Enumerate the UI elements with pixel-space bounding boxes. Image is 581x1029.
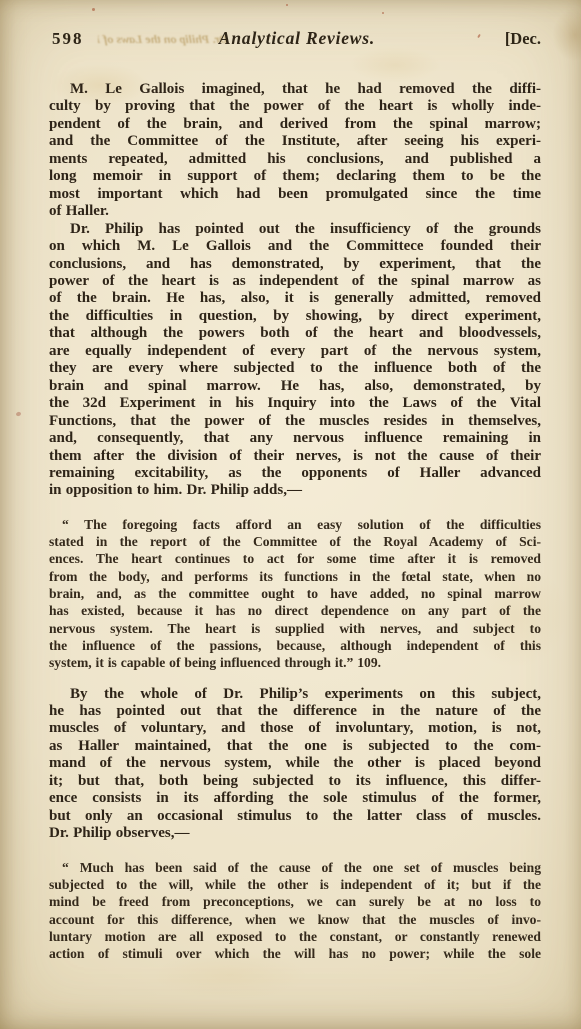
text-line: on which M. Le Gallois and the Committec… xyxy=(49,238,541,255)
text-line: mind be freed from preconceptions, we ca… xyxy=(49,893,541,910)
text-line: of the brain. He has, also, it is genera… xyxy=(49,290,541,307)
text-line: are equally independent of every part of… xyxy=(49,343,541,360)
text-line: conclusions, and has demonstrated, by ex… xyxy=(49,256,541,273)
text-line: them after the division of their nerves,… xyxy=(49,448,541,465)
text-line: most important which had been promulgate… xyxy=(49,186,541,203)
scanned-book-page: Dr. Philip on the Laws of Physiology. 59… xyxy=(0,0,581,1029)
text-line: “ Much has been said of the cause of the… xyxy=(49,859,541,876)
text-line: brain, and, as the committee ought to ha… xyxy=(49,585,541,602)
text-line: the 32d Experiment in his Inquiry into t… xyxy=(49,395,541,412)
ink-speck xyxy=(92,8,95,11)
quoted-extract: “ The foregoing facts afford an easy sol… xyxy=(49,516,541,672)
text-line: account for this difference, when we kno… xyxy=(49,911,541,928)
text-line: system, it is capable of being influence… xyxy=(49,654,541,671)
text-line: and the Committee of the Institute, afte… xyxy=(49,133,541,150)
text-line: has existed, because it has no direct de… xyxy=(49,602,541,619)
text-line: stated in the report of the Committee of… xyxy=(49,533,541,550)
text-line: pendent of the brain, and derived from t… xyxy=(49,116,541,133)
paragraph: By the whole of Dr. Philip’s experiments… xyxy=(49,686,541,843)
text-line: subjected to the will, while the other i… xyxy=(49,876,541,893)
text-line: action of stimuli over which the will ha… xyxy=(49,945,541,962)
text-line: luntary motion are all exposed to the co… xyxy=(49,928,541,945)
text-line: as Haller maintained, that the one is su… xyxy=(49,738,541,755)
text-line: ences. The heart continues to act for so… xyxy=(49,550,541,567)
text-line: from the body, and performs its function… xyxy=(49,568,541,585)
ink-speck xyxy=(286,4,288,6)
text-line: in opposition to him. Dr. Philip adds,— xyxy=(49,482,541,499)
text-line: ments repeated, admitted his conclusions… xyxy=(49,151,541,168)
page-header: 598 Analytical Reviews. [Dec. xyxy=(52,28,542,50)
text-line: nervous system. The heart is supplied wi… xyxy=(49,620,541,637)
text-line: remaining excitability, as the opponents… xyxy=(49,465,541,482)
text-line: that although the powers both of the hea… xyxy=(49,325,541,342)
text-line: he has pointed out that the difference i… xyxy=(49,703,541,720)
text-line: and, consequently, that any nervous infl… xyxy=(49,430,541,447)
text-line: “ The foregoing facts afford an easy sol… xyxy=(49,516,541,533)
text-line: the influence of the passions, because, … xyxy=(49,637,541,654)
page-body-text: M. Le Gallois imagined, that he had remo… xyxy=(49,81,541,962)
quoted-extract: “ Much has been said of the cause of the… xyxy=(49,859,541,963)
text-line: muscles of voluntary, and those of invol… xyxy=(49,720,541,737)
text-line: of Haller. xyxy=(49,203,541,220)
text-line: mand of the nervous system, while the ot… xyxy=(49,755,541,772)
running-title: Analytical Reviews. xyxy=(52,28,542,49)
text-line: it; but that, both being subjected to it… xyxy=(49,773,541,790)
paper-corner-shadow xyxy=(545,0,581,70)
text-line: Dr. Philip observes,— xyxy=(49,825,541,842)
paragraph: M. Le Gallois imagined, that he had remo… xyxy=(49,81,541,221)
text-line: long memoir in support of them; declarin… xyxy=(49,168,541,185)
text-line: culty by proving that the power of the h… xyxy=(49,98,541,115)
paragraph: Dr. Philip has pointed out the insuffici… xyxy=(49,221,541,500)
issue-date: [Dec. xyxy=(505,29,541,49)
text-line: they are every where subjected to the in… xyxy=(49,360,541,377)
text-line: Dr. Philip has pointed out the insuffici… xyxy=(49,221,541,238)
text-line: M. Le Gallois imagined, that he had remo… xyxy=(49,81,541,98)
text-line: Functions, that the power of the muscles… xyxy=(49,413,541,430)
text-line: ence consists in its affording the sole … xyxy=(49,790,541,807)
text-line: By the whole of Dr. Philip’s experiments… xyxy=(49,686,541,703)
margin-mark xyxy=(15,411,21,416)
text-line: power of the heart is as independent of … xyxy=(49,273,541,290)
ink-speck xyxy=(382,12,384,14)
text-line: brain and spinal marrow. He has, also, d… xyxy=(49,378,541,395)
text-line: the difficulties in question, by showing… xyxy=(49,308,541,325)
text-line: but only an occasional stimulus to the l… xyxy=(49,808,541,825)
